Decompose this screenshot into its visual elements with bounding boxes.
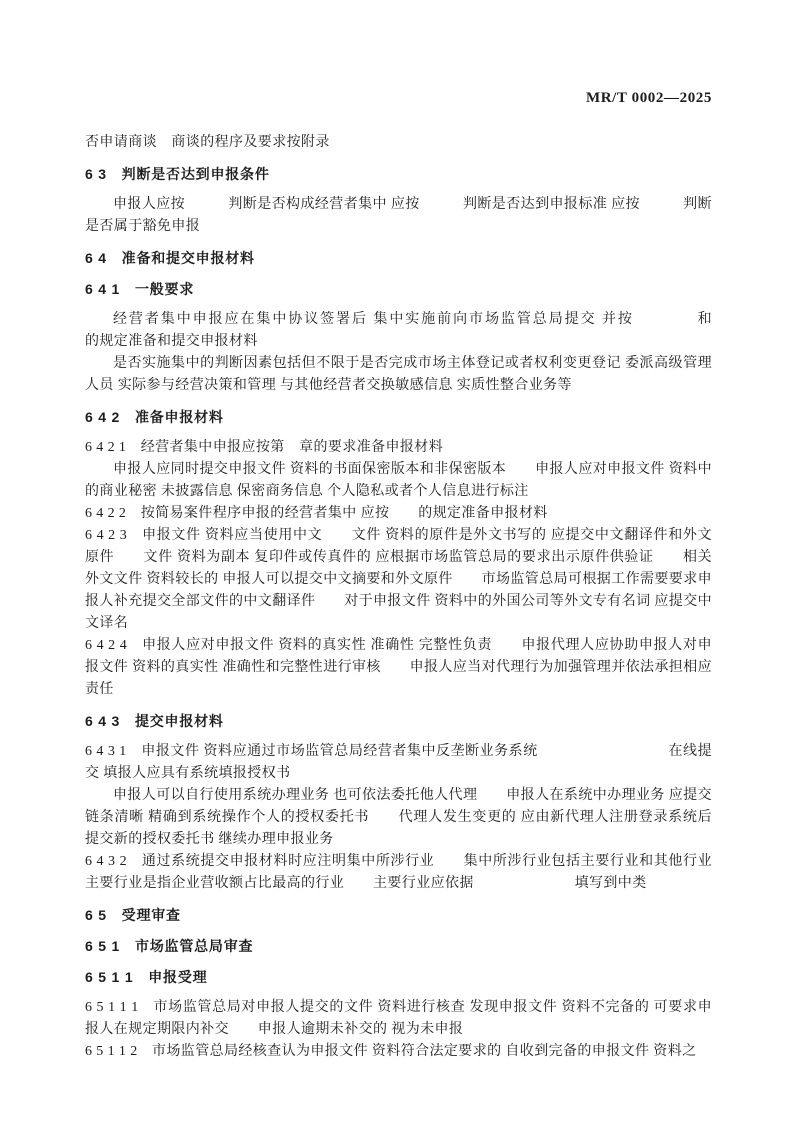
clause-6-4-2-3: 6 4 2 3 申报文件 资料应当使用中文 文件 资料的原件是外文书写的 应提交…: [85, 525, 712, 635]
running-head-standard-number: MR/T 0002—2025: [85, 88, 712, 108]
clause-6-4-3-1: 6 4 3 1 申报文件 资料应通过市场监管总局经营者集中反垄断业务系统 在线提…: [85, 741, 712, 785]
clause-6-4-3-2: 6 4 3 2 通过系统提交申报材料时应注明集中所涉行业 集中所涉行业包括主要行…: [85, 851, 712, 895]
paragraph-6-3-body: 申报人应按 判断是否构成经营者集中 应按 判断是否达到申报标准 应按 判断是否属…: [85, 194, 712, 238]
document-page: MR/T 0002—2025 否申请商谈 商谈的程序及要求按附录 6 3 判断是…: [0, 0, 793, 1122]
heading-6-5-1-1: 6 5 1 1 申报受理: [85, 966, 712, 988]
heading-6-5: 6 5 受理审查: [85, 904, 712, 926]
heading-6-4-3: 6 4 3 提交申报材料: [85, 710, 712, 732]
paragraph-6-4-3-1-body: 申报人可以自行使用系统办理业务 也可依法委托他人代理 申报人在系统中办理业务 应…: [85, 785, 712, 851]
clause-6-5-1-1-2: 6 5 1 1 2 市场监管总局经核查认为申报文件 资料符合法定要求的 自收到完…: [85, 1041, 712, 1063]
heading-6-4: 6 4 准备和提交申报材料: [85, 247, 712, 269]
clause-6-4-2-4: 6 4 2 4 申报人应对申报文件 资料的真实性 准确性 完整性负责 申报代理人…: [85, 635, 712, 701]
heading-6-3: 6 3 判断是否达到申报条件: [85, 163, 712, 185]
paragraph-6-4-1-a: 经营者集中申报应在集中协议签署后 集中实施前向市场监管总局提交 并按 和 的规定…: [85, 309, 712, 353]
paragraph-6-4-2-1-body: 申报人应同时提交申报文件 资料的书面保密版本和非保密版本 申报人应对申报文件 资…: [85, 459, 712, 503]
heading-6-4-1: 6 4 1 一般要求: [85, 278, 712, 300]
continuation-paragraph: 否申请商谈 商谈的程序及要求按附录: [85, 132, 712, 154]
heading-6-5-1: 6 5 1 市场监管总局审查: [85, 935, 712, 957]
clause-6-4-2-2: 6 4 2 2 按简易案件程序申报的经营者集中 应按 的规定准备申报材料: [85, 503, 712, 525]
clause-6-5-1-1-1: 6 5 1 1 1 市场监管总局对申报人提交的文件 资料进行核查 发现申报文件 …: [85, 997, 712, 1041]
paragraph-6-4-1-b: 是否实施集中的判断因素包括但不限于是否完成市场主体登记或者权利变更登记 委派高级…: [85, 353, 712, 397]
clause-6-4-2-1: 6 4 2 1 经营者集中申报应按第 章的要求准备申报材料: [85, 437, 712, 459]
heading-6-4-2: 6 4 2 准备申报材料: [85, 406, 712, 428]
